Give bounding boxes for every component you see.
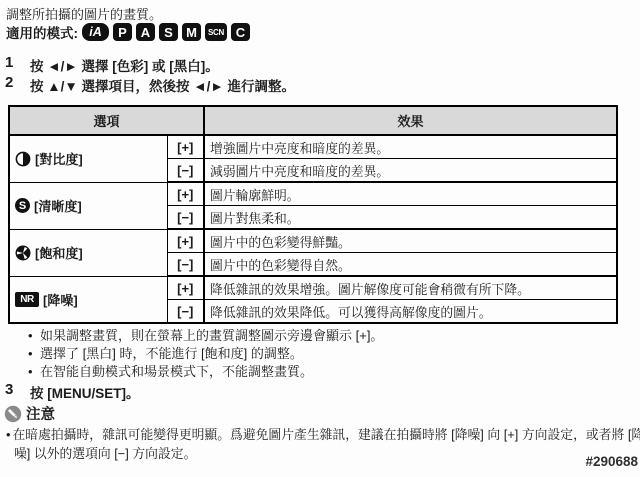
- mode-scn-icon: SCN: [205, 23, 227, 41]
- step-2: 2 按 ▲/▼ 選擇項目，然後按 ◄/► 進行調整。: [5, 74, 295, 95]
- note-item: 選擇了 [黑白] 時，不能進行 [飽和度] 的調整。: [28, 345, 383, 363]
- effect-text: 減弱圖片中亮度和暗度的差異。: [204, 159, 617, 183]
- caution-title: 注意: [26, 403, 55, 424]
- column-header-option: 選項: [9, 106, 204, 135]
- plus-label: [+]: [167, 182, 204, 206]
- step-1-number: 1: [5, 54, 30, 75]
- step-2-number: 2: [5, 74, 30, 95]
- caution-text: 在暗處拍攝時，雜訊可能變得更明顯。爲避免圖片產生雜訊，建議在拍攝時將 [降噪] …: [3, 425, 640, 463]
- noise-reduction-icon: NR: [15, 292, 39, 307]
- quality-options-table: 選項 效果 [對比度]: [8, 105, 618, 324]
- plus-label: [+]: [167, 276, 204, 300]
- sharpness-icon: S: [15, 198, 30, 213]
- effect-text: 圖片對焦柔和。: [204, 206, 617, 230]
- option-name: [對比度]: [35, 149, 83, 168]
- step-1-text: 按 ◄/► 選擇 [色彩] 或 [黑白]。: [30, 54, 219, 75]
- effect-text: 降低雜訊的效果降低。可以獲得高解像度的圖片。: [204, 300, 617, 324]
- option-name: [飽和度]: [35, 243, 83, 262]
- table-row: [對比度] [+] 增強圖片中亮度和暗度的差異。: [9, 135, 617, 159]
- modes-label: 適用的模式:: [6, 22, 78, 42]
- table-header-row: 選項 效果: [9, 106, 617, 135]
- plus-label: [+]: [167, 135, 204, 159]
- minus-label: [−]: [167, 159, 204, 183]
- minus-label: [−]: [167, 300, 204, 324]
- option-saturation-cell: [飽和度]: [9, 229, 167, 276]
- mode-m-icon: M: [182, 23, 201, 41]
- option-name: [降噪]: [43, 290, 78, 309]
- option-sharpness-cell: S [清晰度]: [9, 182, 167, 229]
- mode-a-icon: A: [136, 23, 155, 41]
- caution-pencil-icon: [4, 405, 22, 423]
- step-3-text: 按 [MENU/SET]。: [30, 381, 140, 402]
- note-item: 如果調整畫質，則在螢幕上的畫質調整圖示旁邊會顯示 [+]。: [28, 327, 383, 345]
- mode-ia-icon: iA: [82, 23, 109, 41]
- step-3-number: 3: [5, 381, 30, 402]
- table-row: NR [降噪] [+] 降低雜訊的效果增強。圖片解像度可能會稍微有所下降。: [9, 276, 617, 300]
- option-name: [清晰度]: [34, 196, 82, 215]
- table-row: [飽和度] [+] 圖片中的色彩變得鮮豔。: [9, 229, 617, 253]
- notes-list: 如果調整畫質，則在螢幕上的畫質調整圖示旁邊會顯示 [+]。 選擇了 [黑白] 時…: [28, 327, 383, 381]
- effect-text: 圖片中的色彩變得鮮豔。: [204, 229, 617, 253]
- option-noise-reduction-cell: NR [降噪]: [9, 276, 167, 323]
- saturation-icon: [15, 245, 31, 261]
- mode-p-icon: P: [113, 23, 132, 41]
- step-2-text: 按 ▲/▼ 選擇項目，然後按 ◄/► 進行調整。: [30, 74, 295, 95]
- minus-label: [−]: [167, 206, 204, 230]
- plus-label: [+]: [167, 229, 204, 253]
- note-item: 在智能自動模式和場景模式下，不能調整畫質。: [28, 363, 383, 381]
- watermark: #290688: [585, 454, 638, 469]
- step-1: 1 按 ◄/► 選擇 [色彩] 或 [黑白]。: [5, 54, 219, 75]
- table-row: S [清晰度] [+] 圖片輪廓鮮明。: [9, 182, 617, 206]
- effect-text: 圖片中的色彩變得自然。: [204, 253, 617, 277]
- caution-header: 注意: [4, 403, 55, 424]
- contrast-icon: [15, 151, 31, 167]
- option-contrast-cell: [對比度]: [9, 135, 167, 182]
- effect-text: 降低雜訊的效果增強。圖片解像度可能會稍微有所下降。: [204, 276, 617, 300]
- effect-text: 增強圖片中亮度和暗度的差異。: [204, 135, 617, 159]
- effect-text: 圖片輪廓鮮明。: [204, 182, 617, 206]
- mode-s-icon: S: [159, 23, 178, 41]
- page-intro-text: 調整所拍攝的圖片的畫質。: [6, 4, 162, 23]
- applicable-modes-row: 適用的模式: iA P A S M SCN C: [6, 22, 252, 42]
- step-3: 3 按 [MENU/SET]。: [5, 381, 140, 402]
- mode-c-icon: C: [231, 23, 250, 41]
- column-header-effect: 效果: [204, 106, 617, 135]
- minus-label: [−]: [167, 253, 204, 277]
